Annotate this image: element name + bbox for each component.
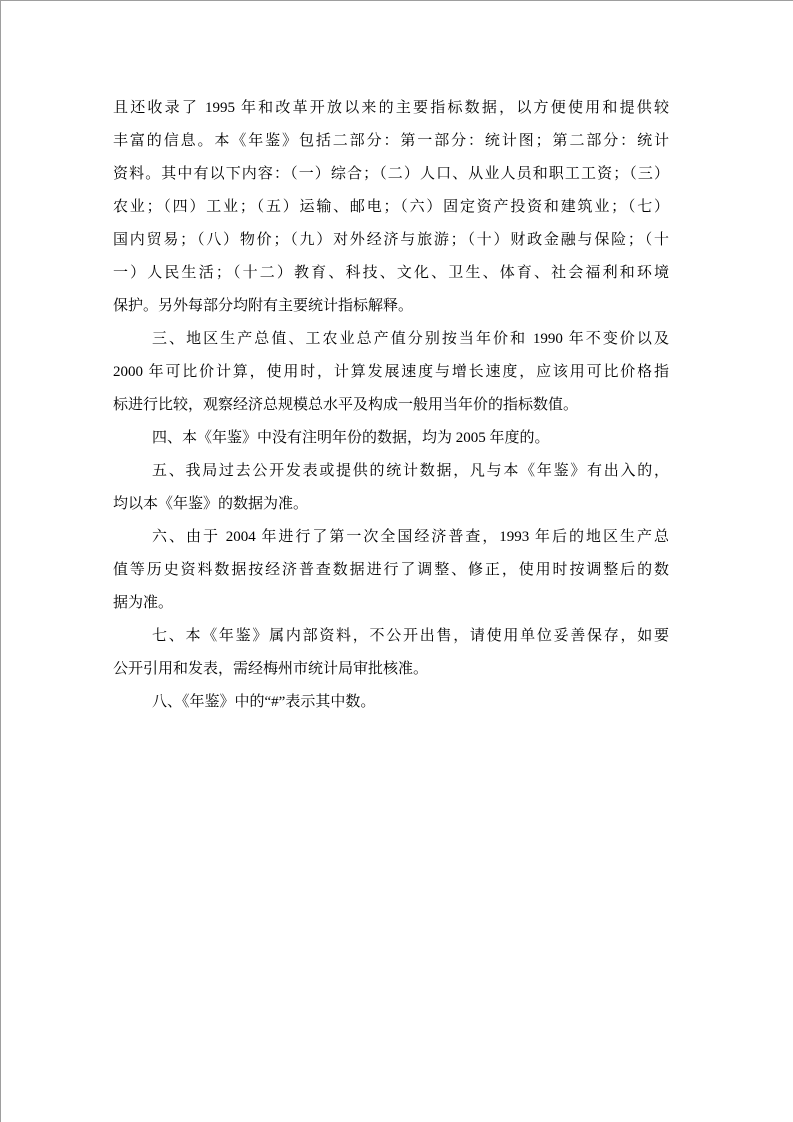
text-line: 八、《年鉴》中的“#”表示其中数。	[113, 686, 669, 719]
text-line: 七、本《年鉴》属内部资料，不公开出售，请使用单位妥善保存，如要	[113, 620, 669, 653]
text-line: 据为准。	[113, 587, 669, 620]
document-page: 且还收录了 1995 年和改革开放以来的主要指标数据，以方便使用和提供较 丰富的…	[0, 0, 793, 1122]
text-line: 一）人民生活；（十二）教育、科技、文化、卫生、体育、社会福利和环境	[113, 257, 669, 290]
text-line: 三、地区生产总值、工农业总产值分别按当年价和 1990 年不变价以及	[113, 323, 669, 356]
text-line: 丰富的信息。本《年鉴》包括二部分：第一部分：统计图；第二部分：统计	[113, 125, 669, 158]
text-line: 国内贸易；（八）物价；（九）对外经济与旅游；（十）财政金融与保险；（十	[113, 224, 669, 257]
text-line: 均以本《年鉴》的数据为准。	[113, 488, 669, 521]
text-line: 保护。另外每部分均附有主要统计指标解释。	[113, 290, 669, 323]
document-text-block: 且还收录了 1995 年和改革开放以来的主要指标数据，以方便使用和提供较 丰富的…	[1, 1, 793, 719]
text-line: 资料。其中有以下内容：（一）综合；（二）人口、从业人员和职工工资；（三）	[113, 158, 669, 191]
text-line: 六、由于 2004 年进行了第一次全国经济普查，1993 年后的地区生产总	[113, 521, 669, 554]
text-line: 2000 年可比价计算，使用时，计算发展速度与增长速度，应该用可比价格指	[113, 356, 669, 389]
text-line: 农业；（四）工业；（五）运输、邮电；（六）固定资产投资和建筑业；（七）	[113, 191, 669, 224]
text-line: 五、我局过去公开发表或提供的统计数据，凡与本《年鉴》有出入的，	[113, 455, 669, 488]
text-line: 公开引用和发表，需经梅州市统计局审批核准。	[113, 653, 669, 686]
text-line: 值等历史资料数据按经济普查数据进行了调整、修正，使用时按调整后的数	[113, 554, 669, 587]
text-line: 标进行比较，观察经济总规模总水平及构成一般用当年价的指标数值。	[113, 389, 669, 422]
text-line: 且还收录了 1995 年和改革开放以来的主要指标数据，以方便使用和提供较	[113, 92, 669, 125]
text-line: 四、本《年鉴》中没有注明年份的数据，均为 2005 年度的。	[113, 422, 669, 455]
